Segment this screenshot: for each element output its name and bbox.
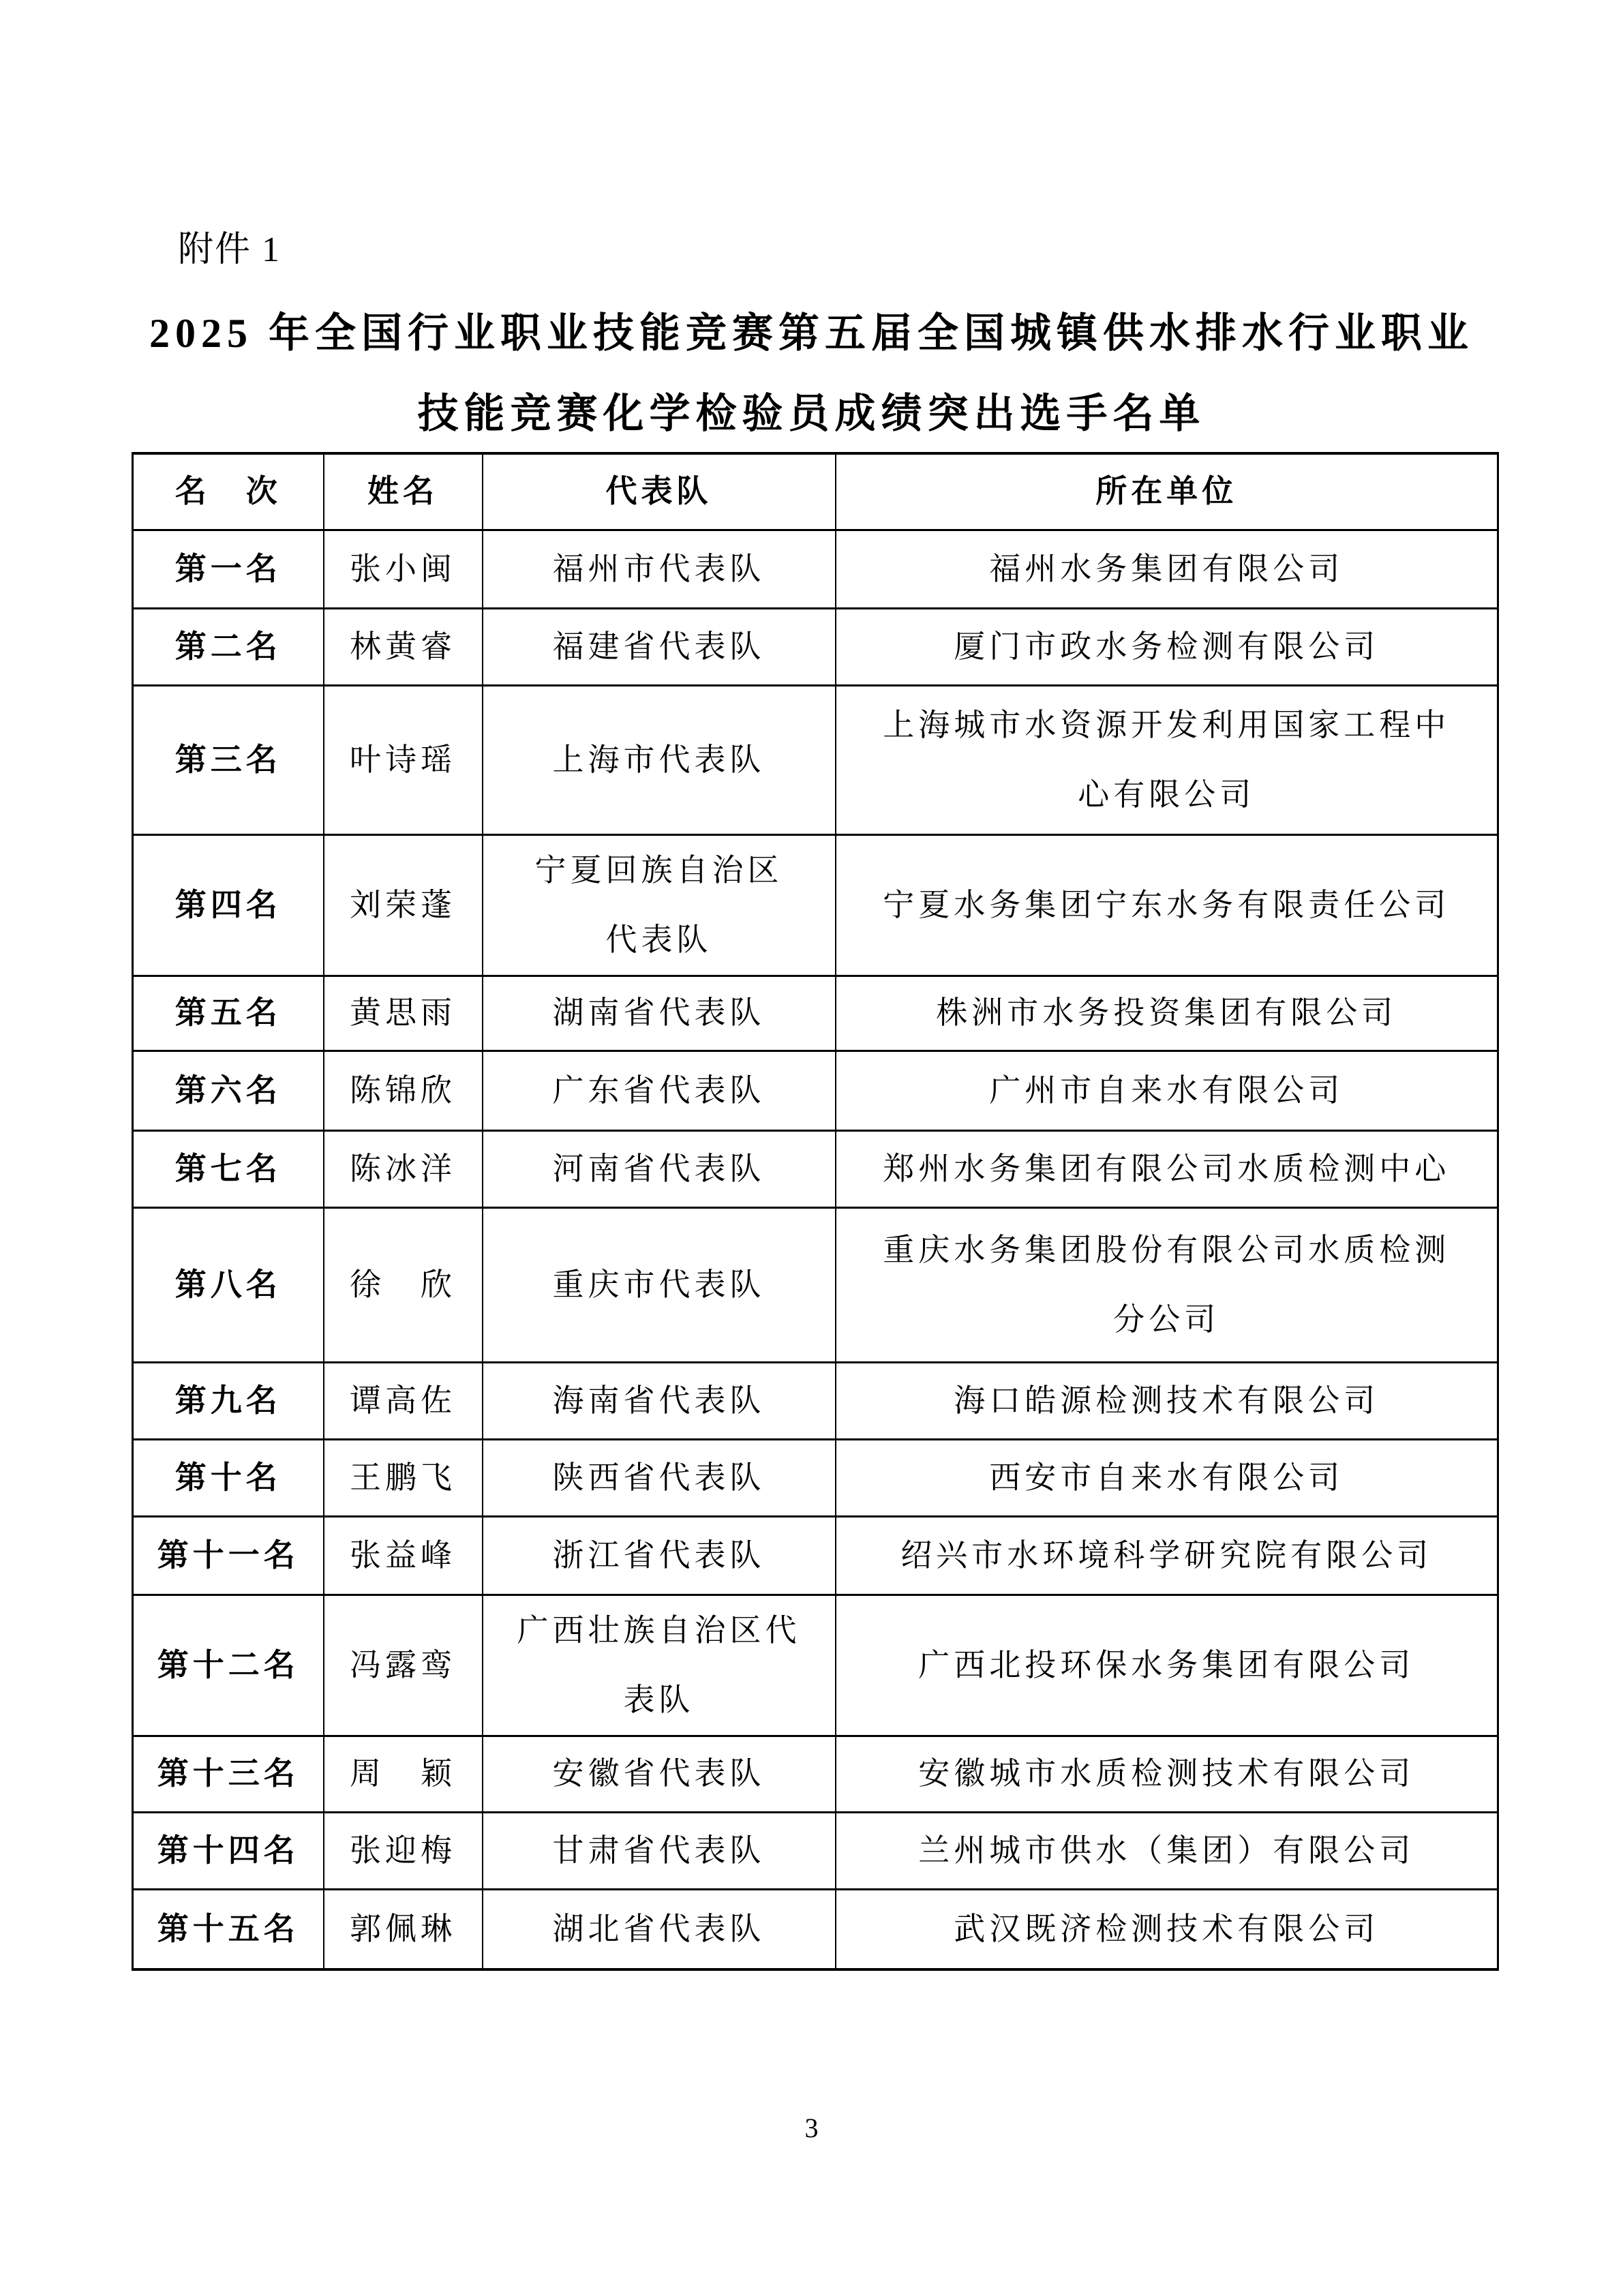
org-cell: 广西北投环保水务集团有限公司 — [836, 1595, 1498, 1736]
rank-cell: 第二名 — [133, 608, 324, 685]
document-page: 附件 1 2025 年全国行业职业技能竞赛第五届全国城镇供水排水行业职业 技能竞… — [0, 0, 1623, 2296]
rank-cell: 第七名 — [133, 1130, 324, 1207]
org-cell: 绍兴市水环境科学研究院有限公司 — [836, 1516, 1498, 1595]
table-row: 第十四名张迎梅甘肃省代表队兰州城市供水（集团）有限公司 — [133, 1812, 1498, 1889]
name-cell: 王鹏飞 — [324, 1439, 483, 1516]
header-organization: 所在单位 — [836, 453, 1498, 530]
team-cell: 浙江省代表队 — [483, 1516, 836, 1595]
rank-cell: 第五名 — [133, 976, 324, 1051]
team-cell: 安徽省代表队 — [483, 1736, 836, 1812]
team-cell: 福州市代表队 — [483, 530, 836, 608]
team-cell: 广西壮族自治区代 表队 — [483, 1595, 836, 1736]
org-cell: 广州市自来水有限公司 — [836, 1051, 1498, 1130]
attachment-label: 附件 1 — [178, 229, 281, 271]
name-cell: 陈锦欣 — [324, 1051, 483, 1130]
rank-cell: 第十一名 — [133, 1516, 324, 1595]
name-cell: 周 颖 — [324, 1736, 483, 1812]
header-row: 名 次 姓名 代表队 所在单位 — [133, 453, 1498, 530]
table-row: 第七名陈冰洋河南省代表队郑州水务集团有限公司水质检测中心 — [133, 1130, 1498, 1207]
rank-cell: 第十二名 — [133, 1595, 324, 1736]
team-cell: 上海市代表队 — [483, 685, 836, 834]
table-row: 第六名陈锦欣广东省代表队广州市自来水有限公司 — [133, 1051, 1498, 1130]
org-cell: 厦门市政水务检测有限公司 — [836, 608, 1498, 685]
header-name: 姓名 — [324, 453, 483, 530]
name-cell: 谭高佐 — [324, 1362, 483, 1439]
table-row: 第十五名郭佩琳湖北省代表队武汉既济检测技术有限公司 — [133, 1889, 1498, 1969]
rank-cell: 第十三名 — [133, 1736, 324, 1812]
rank-cell: 第十名 — [133, 1439, 324, 1516]
table-row: 第八名徐 欣重庆市代表队重庆水务集团股份有限公司水质检测 分公司 — [133, 1207, 1498, 1362]
name-cell: 陈冰洋 — [324, 1130, 483, 1207]
table-row: 第二名林黄睿福建省代表队厦门市政水务检测有限公司 — [133, 608, 1498, 685]
page-number: 3 — [0, 2112, 1623, 2144]
rank-cell: 第八名 — [133, 1207, 324, 1362]
team-cell: 海南省代表队 — [483, 1362, 836, 1439]
table-row: 第五名黄思雨湖南省代表队株洲市水务投资集团有限公司 — [133, 976, 1498, 1051]
rank-cell: 第四名 — [133, 834, 324, 976]
team-cell: 河南省代表队 — [483, 1130, 836, 1207]
header-rank: 名 次 — [133, 453, 324, 530]
rank-cell: 第一名 — [133, 530, 324, 608]
document-title-line-1: 2025 年全国行业职业技能竞赛第五届全国城镇供水排水行业职业 — [0, 293, 1623, 374]
org-cell: 重庆水务集团股份有限公司水质检测 分公司 — [836, 1207, 1498, 1362]
name-cell: 张迎梅 — [324, 1812, 483, 1889]
table-row: 第三名叶诗瑶上海市代表队上海城市水资源开发利用国家工程中 心有限公司 — [133, 685, 1498, 834]
org-cell: 福州水务集团有限公司 — [836, 530, 1498, 608]
org-cell: 海口皓源检测技术有限公司 — [836, 1362, 1498, 1439]
org-cell: 上海城市水资源开发利用国家工程中 心有限公司 — [836, 685, 1498, 834]
table-row: 第四名刘荣蓬宁夏回族自治区 代表队宁夏水务集团宁东水务有限责任公司 — [133, 834, 1498, 976]
name-cell: 叶诗瑶 — [324, 685, 483, 834]
table-row: 第十名王鹏飞陕西省代表队西安市自来水有限公司 — [133, 1439, 1498, 1516]
name-cell: 刘荣蓬 — [324, 834, 483, 976]
name-cell: 徐 欣 — [324, 1207, 483, 1362]
name-cell: 林黄睿 — [324, 608, 483, 685]
table-row: 第九名谭高佐海南省代表队海口皓源检测技术有限公司 — [133, 1362, 1498, 1439]
rank-cell: 第十五名 — [133, 1889, 324, 1969]
team-cell: 福建省代表队 — [483, 608, 836, 685]
team-cell: 重庆市代表队 — [483, 1207, 836, 1362]
table-row: 第十一名张益峰浙江省代表队绍兴市水环境科学研究院有限公司 — [133, 1516, 1498, 1595]
name-cell: 张小闽 — [324, 530, 483, 608]
header-team: 代表队 — [483, 453, 836, 530]
team-cell: 湖南省代表队 — [483, 976, 836, 1051]
org-cell: 郑州水务集团有限公司水质检测中心 — [836, 1130, 1498, 1207]
team-cell: 湖北省代表队 — [483, 1889, 836, 1969]
table-row: 第一名张小闽福州市代表队福州水务集团有限公司 — [133, 530, 1498, 608]
results-table-header: 名 次 姓名 代表队 所在单位 — [133, 453, 1498, 530]
results-table: 名 次 姓名 代表队 所在单位 第一名张小闽福州市代表队福州水务集团有限公司第二… — [132, 452, 1499, 1971]
table-row: 第十二名冯露鸾广西壮族自治区代 表队广西北投环保水务集团有限公司 — [133, 1595, 1498, 1736]
org-cell: 宁夏水务集团宁东水务有限责任公司 — [836, 834, 1498, 976]
team-cell: 宁夏回族自治区 代表队 — [483, 834, 836, 976]
org-cell: 株洲市水务投资集团有限公司 — [836, 976, 1498, 1051]
rank-cell: 第六名 — [133, 1051, 324, 1130]
document-title: 2025 年全国行业职业技能竞赛第五届全国城镇供水排水行业职业 技能竞赛化学检验… — [0, 293, 1623, 454]
org-cell: 武汉既济检测技术有限公司 — [836, 1889, 1498, 1969]
team-cell: 陕西省代表队 — [483, 1439, 836, 1516]
team-cell: 甘肃省代表队 — [483, 1812, 836, 1889]
table-row: 第十三名周 颖安徽省代表队安徽城市水质检测技术有限公司 — [133, 1736, 1498, 1812]
rank-cell: 第十四名 — [133, 1812, 324, 1889]
name-cell: 黄思雨 — [324, 976, 483, 1051]
team-cell: 广东省代表队 — [483, 1051, 836, 1130]
name-cell: 郭佩琳 — [324, 1889, 483, 1969]
rank-cell: 第九名 — [133, 1362, 324, 1439]
document-title-line-2: 技能竞赛化学检验员成绩突出选手名单 — [0, 374, 1623, 454]
org-cell: 西安市自来水有限公司 — [836, 1439, 1498, 1516]
name-cell: 冯露鸾 — [324, 1595, 483, 1736]
name-cell: 张益峰 — [324, 1516, 483, 1595]
rank-cell: 第三名 — [133, 685, 324, 834]
org-cell: 兰州城市供水（集团）有限公司 — [836, 1812, 1498, 1889]
results-table-body: 第一名张小闽福州市代表队福州水务集团有限公司第二名林黄睿福建省代表队厦门市政水务… — [133, 530, 1498, 1969]
org-cell: 安徽城市水质检测技术有限公司 — [836, 1736, 1498, 1812]
